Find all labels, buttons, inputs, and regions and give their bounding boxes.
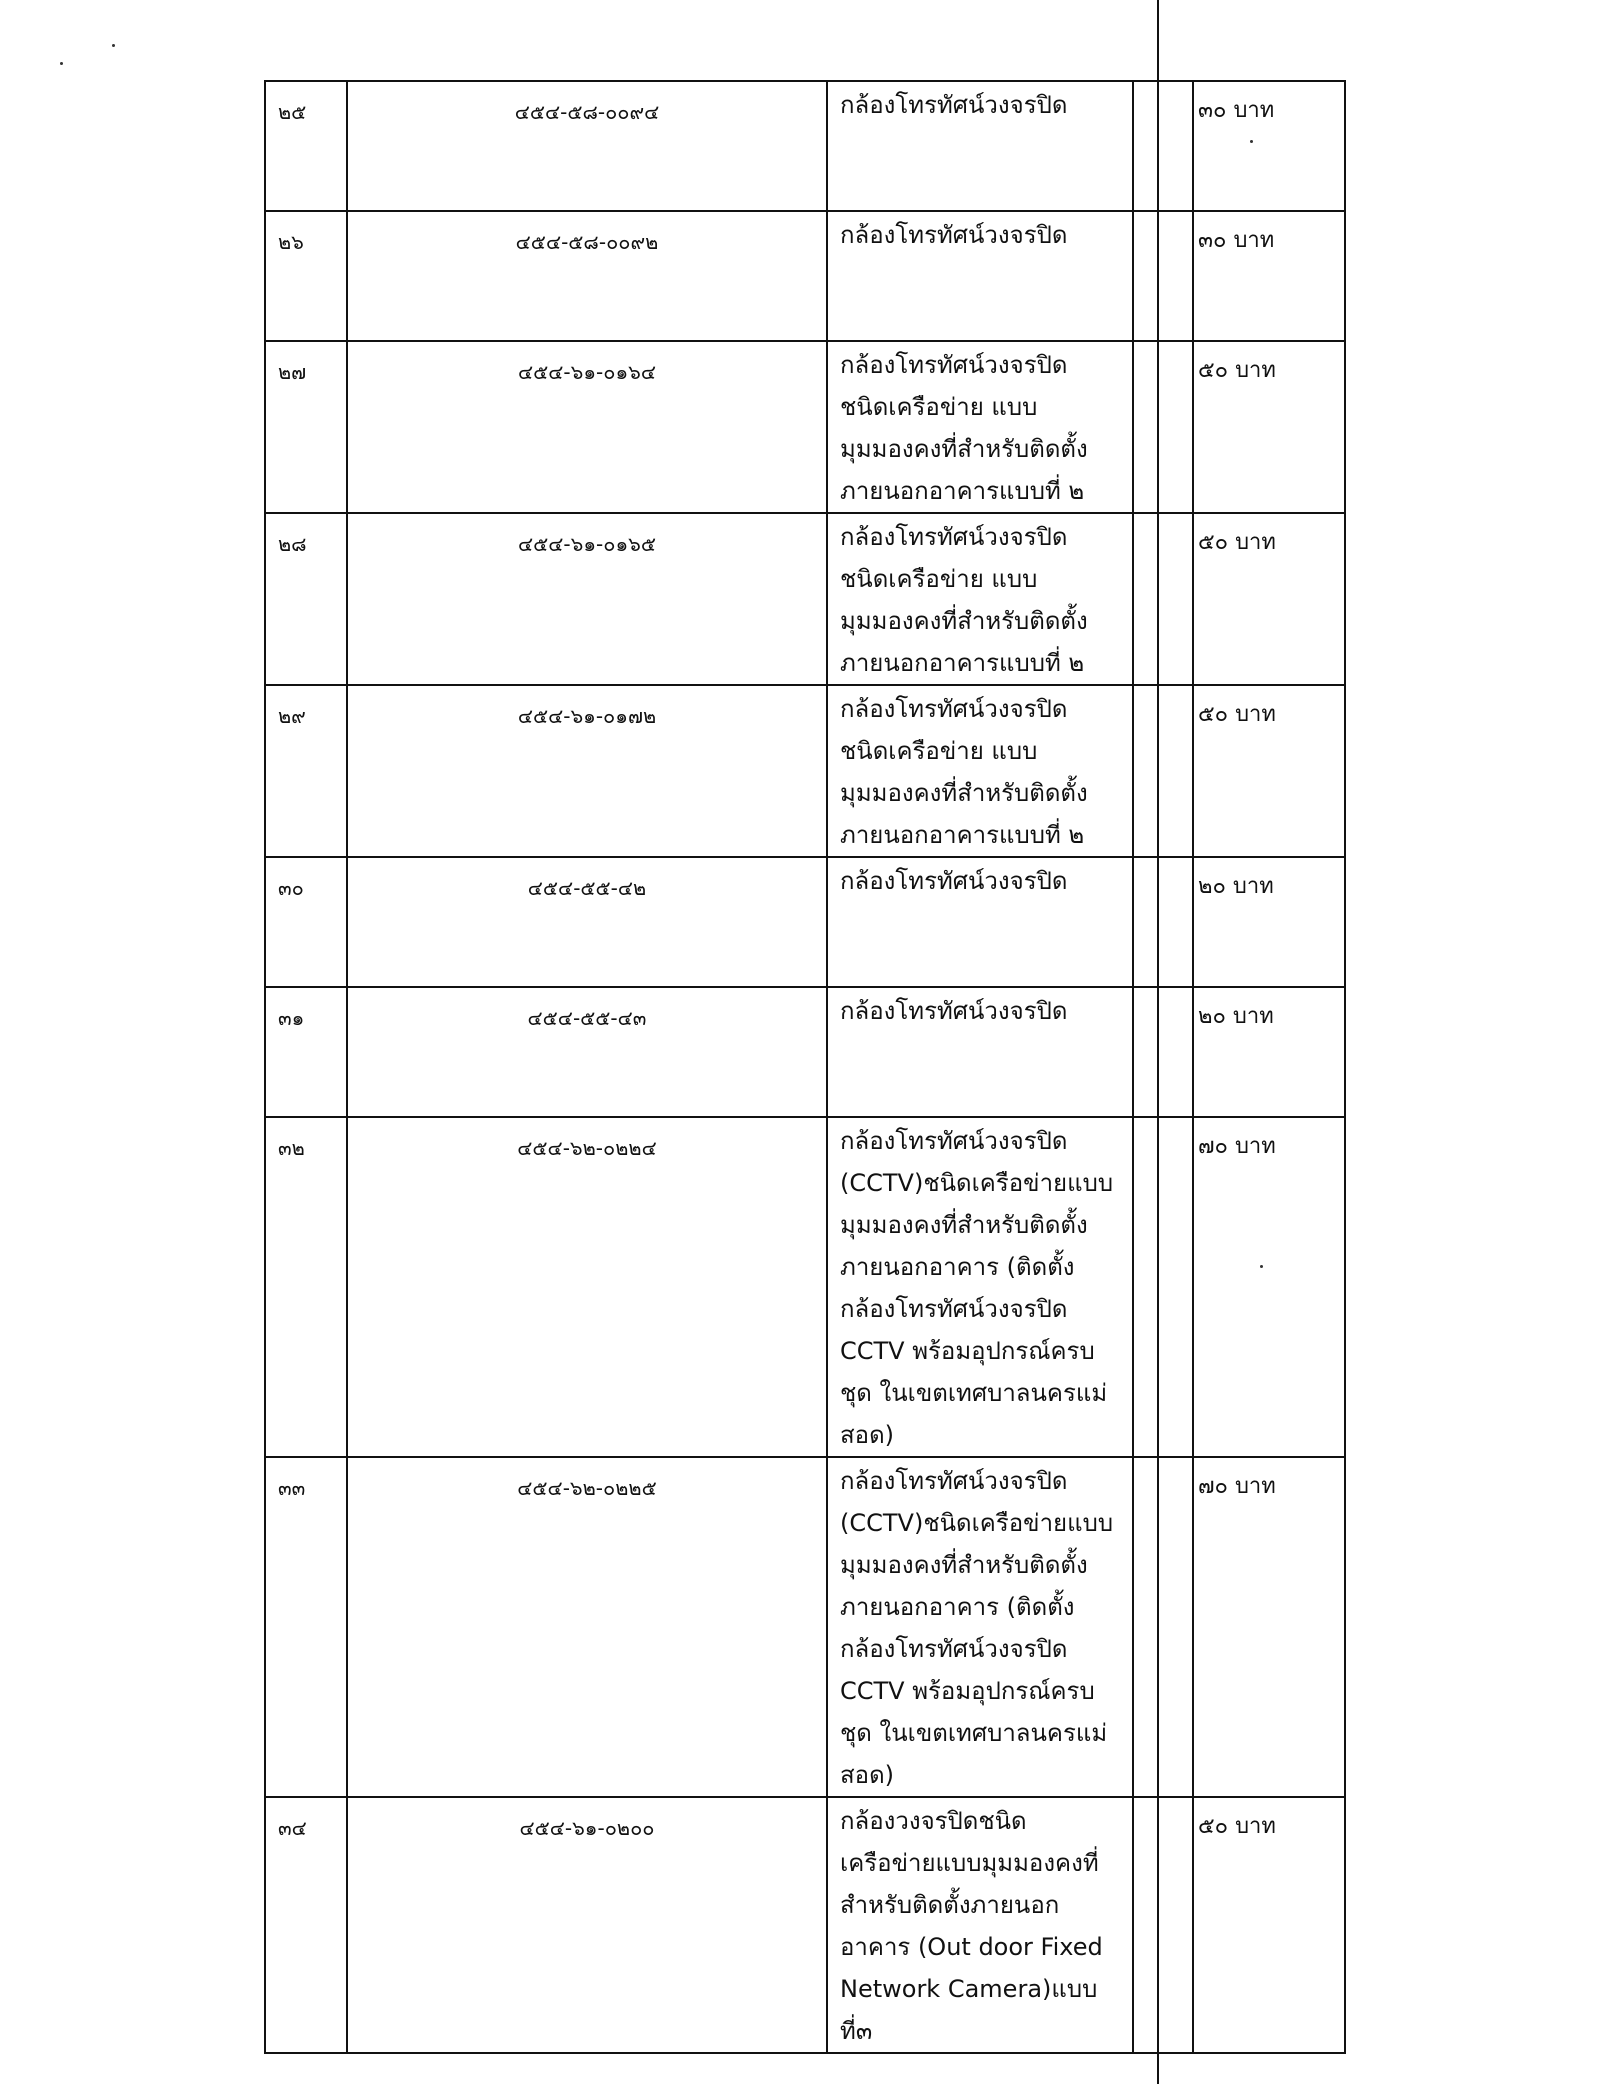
- asset-description: กล้องโทรทัศน์วงจรปิดชนิดเครือข่าย แบบมุม…: [827, 341, 1133, 513]
- row-number: ๓๒: [265, 1117, 347, 1457]
- description-line: มุมมองคงที่สำหรับติดตั้ง: [840, 1204, 1124, 1246]
- description-line: ชนิดเครือข่าย แบบ: [840, 386, 1124, 428]
- empty-cell: [1133, 1457, 1193, 1797]
- description-line: กล้องโทรทัศน์วงจรปิด: [840, 1628, 1124, 1670]
- asset-description: กล้องโทรทัศน์วงจรปิด: [827, 857, 1133, 987]
- price: ๕๐ บาท: [1193, 685, 1345, 857]
- table-row: ๓๓๔๕๔-๖๒-๐๒๒๕กล้องโทรทัศน์วงจรปิด(CCTV)ช…: [265, 1457, 1345, 1797]
- asset-code: ๔๕๔-๖๒-๐๒๒๕: [347, 1457, 827, 1797]
- description-line: CCTV พร้อมอุปกรณ์ครบ: [840, 1330, 1124, 1372]
- asset-description: กล้องโทรทัศน์วงจรปิด: [827, 987, 1133, 1117]
- table-row: ๒๗๔๕๔-๖๑-๐๑๖๔กล้องโทรทัศน์วงจรปิดชนิดเคร…: [265, 341, 1345, 513]
- empty-cell: [1133, 987, 1193, 1117]
- empty-cell: [1133, 1117, 1193, 1457]
- price: ๒๐ บาท: [1193, 987, 1345, 1117]
- description-line: กล้องโทรทัศน์วงจรปิด: [840, 1120, 1124, 1162]
- description-line: กล้องวงจรปิดชนิด: [840, 1800, 1124, 1842]
- asset-code: ๔๕๔-๖๑-๐๑๖๔: [347, 341, 827, 513]
- asset-code: ๔๕๔-๖๑-๐๑๗๒: [347, 685, 827, 857]
- asset-code: ๔๕๔-๖๑-๐๒๐๐: [347, 1797, 827, 2053]
- description-line: กล้องโทรทัศน์วงจรปิด: [840, 84, 1124, 126]
- description-line: ชุด ในเขตเทศบาลนครแม่: [840, 1372, 1124, 1414]
- asset-description: กล้องวงจรปิดชนิดเครือข่ายแบบมุมมองคงที่ส…: [827, 1797, 1133, 2053]
- description-line: กล้องโทรทัศน์วงจรปิด: [840, 344, 1124, 386]
- asset-description: กล้องโทรทัศน์วงจรปิด: [827, 81, 1133, 211]
- price: ๒๐ บาท: [1193, 857, 1345, 987]
- empty-cell: [1133, 1797, 1193, 2053]
- table-row: ๓๒๔๕๔-๖๒-๐๒๒๔กล้องโทรทัศน์วงจรปิด(CCTV)ช…: [265, 1117, 1345, 1457]
- description-line: ภายนอกอาคารแบบที่ ๒: [840, 470, 1124, 512]
- description-line: กล้องโทรทัศน์วงจรปิด: [840, 1288, 1124, 1330]
- asset-code: ๔๕๔-๕๕-๔๒: [347, 857, 827, 987]
- asset-description: กล้องโทรทัศน์วงจรปิด: [827, 211, 1133, 341]
- asset-code: ๔๕๔-๕๘-๐๐๙๔: [347, 81, 827, 211]
- row-number: ๓๓: [265, 1457, 347, 1797]
- asset-description: กล้องโทรทัศน์วงจรปิด(CCTV)ชนิดเครือข่ายแ…: [827, 1117, 1133, 1457]
- asset-code: ๔๕๔-๕๕-๔๓: [347, 987, 827, 1117]
- table-row: ๒๕๔๕๔-๕๘-๐๐๙๔กล้องโทรทัศน์วงจรปิด๓๐ บาท: [265, 81, 1345, 211]
- table-row: ๒๙๔๕๔-๖๑-๐๑๗๒กล้องโทรทัศน์วงจรปิดชนิดเคร…: [265, 685, 1345, 857]
- empty-cell: [1133, 685, 1193, 857]
- table-row: ๒๘๔๕๔-๖๑-๐๑๖๕กล้องโทรทัศน์วงจรปิดชนิดเคร…: [265, 513, 1345, 685]
- asset-table: ๒๕๔๕๔-๕๘-๐๐๙๔กล้องโทรทัศน์วงจรปิด๓๐ บาท๒…: [264, 80, 1346, 2054]
- scan-speck: [60, 62, 63, 65]
- description-line: ภายนอกอาคารแบบที่ ๒: [840, 814, 1124, 856]
- asset-description: กล้องโทรทัศน์วงจรปิดชนิดเครือข่าย แบบมุม…: [827, 685, 1133, 857]
- scan-speck: [112, 44, 115, 47]
- description-line: (CCTV)ชนิดเครือข่ายแบบ: [840, 1162, 1124, 1204]
- description-line: ภายนอกอาคารแบบที่ ๒: [840, 642, 1124, 684]
- table-row: ๓๔๔๕๔-๖๑-๐๒๐๐กล้องวงจรปิดชนิดเครือข่ายแบ…: [265, 1797, 1345, 2053]
- description-line: มุมมองคงที่สำหรับติดตั้ง: [840, 428, 1124, 470]
- description-line: สอด): [840, 1414, 1124, 1456]
- asset-code: ๔๕๔-๕๘-๐๐๙๒: [347, 211, 827, 341]
- description-line: ชนิดเครือข่าย แบบ: [840, 730, 1124, 772]
- description-line: ที่๓: [840, 2010, 1124, 2052]
- description-line: มุมมองคงที่สำหรับติดตั้ง: [840, 1544, 1124, 1586]
- asset-code: ๔๕๔-๖๑-๐๑๖๕: [347, 513, 827, 685]
- price: ๕๐ บาท: [1193, 341, 1345, 513]
- description-line: กล้องโทรทัศน์วงจรปิด: [840, 990, 1124, 1032]
- description-line: สอด): [840, 1754, 1124, 1796]
- row-number: ๓๐: [265, 857, 347, 987]
- empty-cell: [1133, 211, 1193, 341]
- description-line: (CCTV)ชนิดเครือข่ายแบบ: [840, 1502, 1124, 1544]
- price: ๓๐ บาท: [1193, 81, 1345, 211]
- description-line: อาคาร (Out door Fixed: [840, 1926, 1124, 1968]
- row-number: ๓๔: [265, 1797, 347, 2053]
- table-row: ๓๑๔๕๔-๕๕-๔๓กล้องโทรทัศน์วงจรปิด๒๐ บาท: [265, 987, 1345, 1117]
- price: ๕๐ บาท: [1193, 1797, 1345, 2053]
- description-line: มุมมองคงที่สำหรับติดตั้ง: [840, 772, 1124, 814]
- scan-speck: [1250, 140, 1253, 143]
- row-number: ๒๗: [265, 341, 347, 513]
- empty-cell: [1133, 81, 1193, 211]
- row-number: ๒๕: [265, 81, 347, 211]
- description-line: กล้องโทรทัศน์วงจรปิด: [840, 516, 1124, 558]
- row-number: ๓๑: [265, 987, 347, 1117]
- asset-code: ๔๕๔-๖๒-๐๒๒๔: [347, 1117, 827, 1457]
- description-line: CCTV พร้อมอุปกรณ์ครบ: [840, 1670, 1124, 1712]
- empty-cell: [1133, 513, 1193, 685]
- description-line: กล้องโทรทัศน์วงจรปิด: [840, 688, 1124, 730]
- description-line: ภายนอกอาคาร (ติดตั้ง: [840, 1586, 1124, 1628]
- description-line: เครือข่ายแบบมุมมองคงที่: [840, 1842, 1124, 1884]
- description-line: Network Camera)แบบ: [840, 1968, 1124, 2010]
- row-number: ๒๖: [265, 211, 347, 341]
- asset-description: กล้องโทรทัศน์วงจรปิดชนิดเครือข่าย แบบมุม…: [827, 513, 1133, 685]
- description-line: ชุด ในเขตเทศบาลนครแม่: [840, 1712, 1124, 1754]
- price: ๕๐ บาท: [1193, 513, 1345, 685]
- description-line: กล้องโทรทัศน์วงจรปิด: [840, 1460, 1124, 1502]
- price: ๗๐ บาท: [1193, 1457, 1345, 1797]
- row-number: ๒๙: [265, 685, 347, 857]
- row-number: ๒๘: [265, 513, 347, 685]
- table-row: ๓๐๔๕๔-๕๕-๔๒กล้องโทรทัศน์วงจรปิด๒๐ บาท: [265, 857, 1345, 987]
- description-line: ชนิดเครือข่าย แบบ: [840, 558, 1124, 600]
- empty-cell: [1133, 341, 1193, 513]
- price: ๓๐ บาท: [1193, 211, 1345, 341]
- table-row: ๒๖๔๕๔-๕๘-๐๐๙๒กล้องโทรทัศน์วงจรปิด๓๐ บาท: [265, 211, 1345, 341]
- price: ๗๐ บาท: [1193, 1117, 1345, 1457]
- description-line: กล้องโทรทัศน์วงจรปิด: [840, 860, 1124, 902]
- asset-description: กล้องโทรทัศน์วงจรปิด(CCTV)ชนิดเครือข่ายแ…: [827, 1457, 1133, 1797]
- description-line: มุมมองคงที่สำหรับติดตั้ง: [840, 600, 1124, 642]
- empty-cell: [1133, 857, 1193, 987]
- description-line: ภายนอกอาคาร (ติดตั้ง: [840, 1246, 1124, 1288]
- description-line: สำหรับติดตั้งภายนอก: [840, 1884, 1124, 1926]
- scan-speck: [1260, 1265, 1263, 1268]
- description-line: กล้องโทรทัศน์วงจรปิด: [840, 214, 1124, 256]
